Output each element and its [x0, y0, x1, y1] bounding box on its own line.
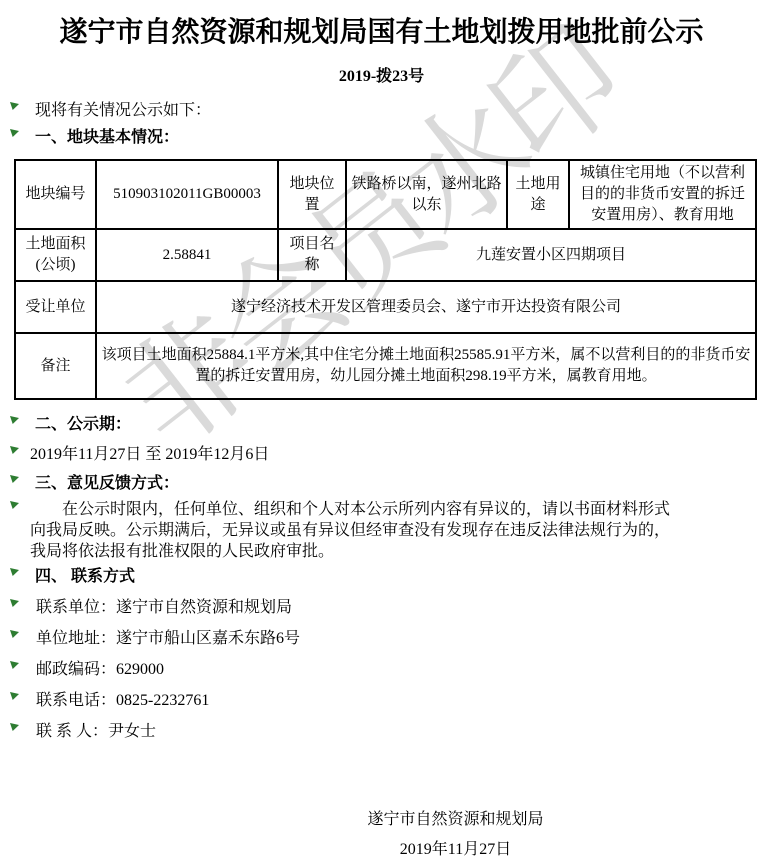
contact-unit-text: 联系单位：遂宁市自然资源和规划局 — [36, 599, 292, 616]
table-row: 地块编号 510903102011GB00003 地块位置 铁路桥以南，遂州北路… — [15, 160, 756, 229]
location-label-cell: 地块位置 — [278, 160, 346, 229]
postal-code-text: 邮政编码：629000 — [36, 661, 164, 678]
table-row: 土地面积(公顷) 2.58841 项目名称 九莲安置小区四期项目 — [15, 229, 756, 281]
section1-heading: 一、地块基本情况： — [0, 127, 763, 149]
section3-heading: 三、意见反馈方式： — [0, 473, 763, 495]
postal-code-line: 邮政编码：629000 — [0, 659, 763, 681]
table-row: 备注 该项目土地面积25884.1平方米,其中住宅分摊土地面积25585.91平… — [15, 333, 756, 399]
transferee-label-cell: 受让单位 — [15, 281, 96, 333]
document-content: 遂宁市自然资源和规划局国有土地划拨用地批前公示 2019-拨23号 现将有关情况… — [0, 0, 763, 861]
intro-line: 现将有关情况公示如下： — [0, 100, 763, 122]
project-name-label-cell: 项目名称 — [278, 229, 346, 281]
revision-mark-icon — [10, 446, 19, 454]
contact-phone-text: 联系电话：0825-2232761 — [36, 692, 209, 709]
section2-heading-text: 二、公示期： — [35, 416, 131, 433]
location-value-cell: 铁路桥以南，遂州北路以东 — [346, 160, 507, 229]
revision-mark-icon — [10, 129, 19, 137]
publicity-period-text: 2019年11月27日 至 2019年12月6日 — [30, 446, 269, 463]
intro-text: 现将有关情况公示如下： — [35, 102, 211, 119]
parcel-number-label-cell: 地块编号 — [15, 160, 96, 229]
land-use-label-cell: 土地用途 — [507, 160, 569, 229]
land-area-label-cell: 土地面积(公顷) — [15, 229, 96, 281]
transferee-value-cell: 遂宁经济技术开发区管理委员会、遂宁市开达投资有限公司 — [96, 281, 756, 333]
revision-mark-icon — [10, 475, 19, 483]
contact-address-line: 单位地址：遂宁市船山区嘉禾东路6号 — [0, 628, 763, 650]
table-row: 受让单位 遂宁经济技术开发区管理委员会、遂宁市开达投资有限公司 — [15, 281, 756, 333]
remarks-label-cell: 备注 — [15, 333, 96, 399]
document-page: 非会员水印 遂宁市自然资源和规划局国有土地划拨用地批前公示 2019-拨23号 … — [0, 0, 763, 864]
revision-mark-icon — [10, 501, 19, 509]
section3-heading-text: 三、意见反馈方式： — [35, 475, 179, 492]
revision-mark-icon — [10, 692, 19, 700]
land-use-value-cell: 城镇住宅用地（不以营利目的的非货币安置的拆迁安置用房）、教育用地 — [569, 160, 756, 229]
signature-block: 遂宁市自然资源和规划局 2019年11月27日 — [0, 809, 763, 861]
revision-mark-icon — [10, 723, 19, 731]
revision-mark-icon — [10, 661, 19, 669]
feedback-paragraph-text: 在公示时限内，任何单位、组织和个人对本公示所列内容有异议的，请以书面材料形式向我… — [30, 501, 670, 560]
revision-mark-icon — [10, 599, 19, 607]
project-name-value-cell: 九莲安置小区四期项目 — [346, 229, 756, 281]
revision-mark-icon — [10, 102, 19, 110]
contact-person-text: 联 系 人：尹女士 — [36, 723, 156, 740]
contact-address-text: 单位地址：遂宁市船山区嘉禾东路6号 — [36, 630, 300, 647]
section4-heading-text: 四、 联系方式 — [35, 568, 135, 585]
revision-mark-icon — [10, 416, 19, 424]
footer-org: 遂宁市自然资源和规划局 — [148, 809, 763, 831]
contact-person-line: 联 系 人：尹女士 — [0, 721, 763, 743]
section2-heading: 二、公示期： — [0, 414, 763, 436]
contact-phone-line: 联系电话：0825-2232761 — [0, 690, 763, 712]
revision-mark-icon — [10, 568, 19, 576]
land-info-table: 地块编号 510903102011GB00003 地块位置 铁路桥以南，遂州北路… — [14, 159, 757, 400]
revision-mark-icon — [10, 630, 19, 638]
footer-date: 2019年11月27日 — [148, 839, 763, 861]
parcel-number-value-cell: 510903102011GB00003 — [96, 160, 278, 229]
document-title: 遂宁市自然资源和规划局国有土地划拨用地批前公示 — [0, 0, 763, 50]
remarks-value-cell: 该项目土地面积25884.1平方米,其中住宅分摊土地面积25585.91平方米，… — [96, 333, 756, 399]
publicity-period: 2019年11月27日 至 2019年12月6日 — [0, 444, 763, 466]
land-area-value-cell: 2.58841 — [96, 229, 278, 281]
feedback-paragraph: 在公示时限内，任何单位、组织和个人对本公示所列内容有异议的，请以书面材料形式向我… — [0, 499, 680, 562]
section1-heading-text: 一、地块基本情况： — [35, 129, 179, 146]
contact-unit-line: 联系单位：遂宁市自然资源和规划局 — [0, 597, 763, 619]
section4-heading: 四、 联系方式 — [0, 566, 763, 588]
document-number: 2019-拨23号 — [0, 67, 763, 87]
